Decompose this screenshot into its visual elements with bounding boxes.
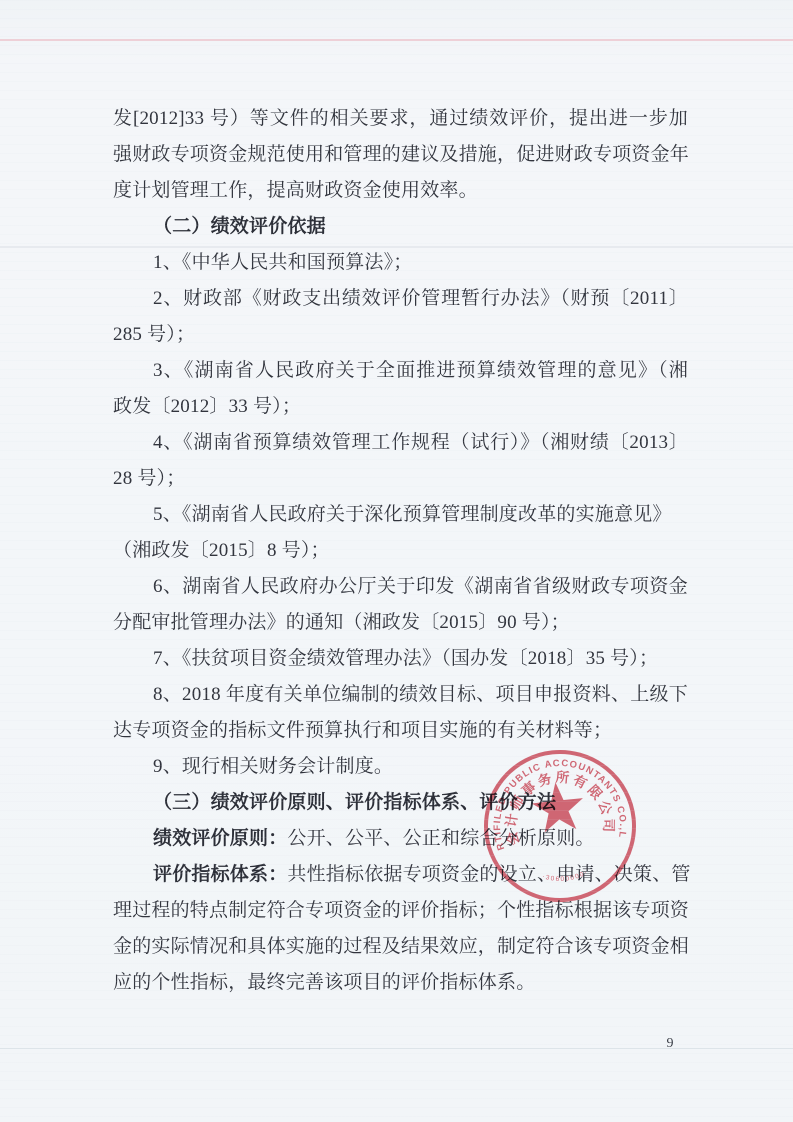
company-seal-stamp: CERTIFILED PUBLIC ACCOUNTANTS CO.,LTD 会计… [480,746,640,906]
list-item: 6、湖南省人民政府办公厅关于印发《湖南省省级财政专项资金 [113,569,688,605]
text-line: 强财政专项资金规范使用和管理的建议及措施，促进财政专项资金年 [113,137,688,173]
text-line: 金的实际情况和具体实施的过程及结果效应，制定符合该专项资金相 [113,929,688,965]
list-item-cont: （湘政发〔2015〕8 号）； [113,533,688,569]
seal-serial: ·30600000· [541,868,591,885]
list-item-cont: 分配审批管理办法》的通知（湘政发〔2015〕90 号）； [113,605,688,641]
text-line: 应的个性指标，最终完善该项目的评价指标体系。 [113,965,688,1001]
list-item: 4、《湖南省预算绩效管理工作规程（试行）》（湘财绩〔2013〕 [113,425,688,461]
list-item: 5、《湖南省人民政府关于深化预算管理制度改革的实施意见》 [113,497,688,533]
text-line: 度计划管理工作，提高财政资金使用效率。 [113,173,688,209]
inline-label: 评价指标体系： [153,864,287,885]
list-item: 2、财政部《财政支出绩效评价管理暂行办法》（财预〔2011〕 [113,281,688,317]
page-number: 9 [660,1036,680,1052]
list-item: 8、2018 年度有关单位编制的绩效目标、项目申报资料、上级下 [113,677,688,713]
section-heading: （二）绩效评价依据 [113,209,688,245]
list-item: 7、《扶贫项目资金绩效管理办法》（国办发〔2018〕35 号）； [113,641,688,677]
list-item: 1、《中华人民共和国预算法》； [113,245,688,281]
list-item-cont: 政发〔2012〕33 号）； [113,389,688,425]
list-item-cont: 达专项资金的指标文件预算执行和项目实施的有关材料等； [113,713,688,749]
inline-label: 绩效评价原则： [153,828,287,849]
scanned-document-page: 发[2012]33 号）等文件的相关要求，通过绩效评价，提出进一步加 强财政专项… [0,0,793,1122]
list-item-cont: 285 号）； [113,317,688,353]
text-line: 发[2012]33 号）等文件的相关要求，通过绩效评价，提出进一步加 [113,101,688,137]
list-item-cont: 28 号）； [113,461,688,497]
list-item: 3、《湖南省人民政府关于全面推进预算绩效管理的意见》（湘 [113,353,688,389]
scan-artifact-line [0,39,793,41]
